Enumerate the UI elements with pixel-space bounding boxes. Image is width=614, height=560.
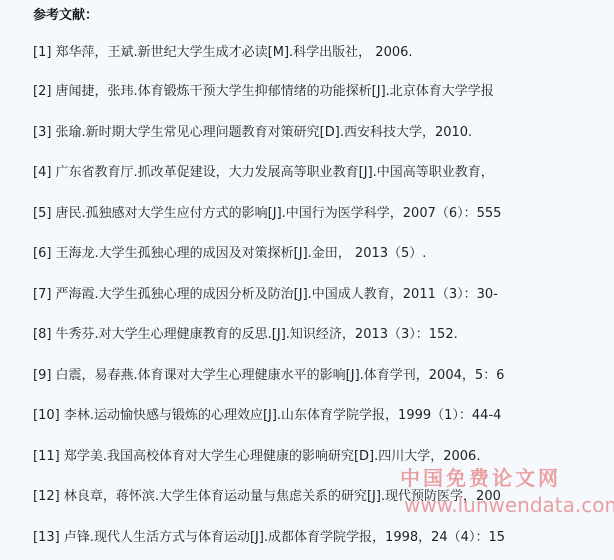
reference-item: [1] 郑华萍，王斌.新世纪大学生成才必读[M].科学出版社， 2006. [33,41,413,60]
reference-item: [13] 卢锋.现代人生活方式与体育运动[J].成都体育学院学报，1998，24… [33,526,505,545]
reference-item: [11] 郑学美.我国高校体育对大学生心理健康的影响研究[D].四川大学，200… [33,445,480,464]
reference-item: [12] 林良章，蒋怀滨.大学生体育运动量与焦虑关系的研究[J].现代预防医学，… [33,485,501,504]
reference-item: [6] 王海龙.大学生孤独心理的成因及对策探析[J].金田， 2013（5）. [33,242,426,261]
reference-item: [7] 严海霞.大学生孤独心理的成因分析及防治[J].中国成人教育，2011（3… [33,283,498,302]
references-heading: 参考文献： [33,4,98,23]
reference-item: [3] 张瑜.新时期大学生常见心理问题教育对策研究[D].西安科技大学，2010… [33,121,472,140]
reference-item: [10] 李林.运动愉快感与锻炼的心理效应[J].山东体育学院学报，1999（1… [33,404,501,423]
reference-item: [4] 广东省教育厅.抓改革促建设，大力发展高等职业教育[J].中国高等职业教育… [33,161,494,180]
reference-item: [9] 白震，易春燕.体育课对大学生心理健康水平的影响[J].体育学刊，2004… [33,364,504,383]
reference-item: [8] 牛秀芬.对大学生心理健康教育的反思.[J].知识经济，2013（3）：1… [33,323,458,342]
reference-item: [5] 唐民.孤独感对大学生应付方式的影响[J].中国行为医学科学，2007（6… [33,202,501,221]
reference-item: [2] 唐闻捷，张玮.体育锻炼干预大学生抑郁情绪的功能探析[J].北京体育大学学… [33,80,494,99]
